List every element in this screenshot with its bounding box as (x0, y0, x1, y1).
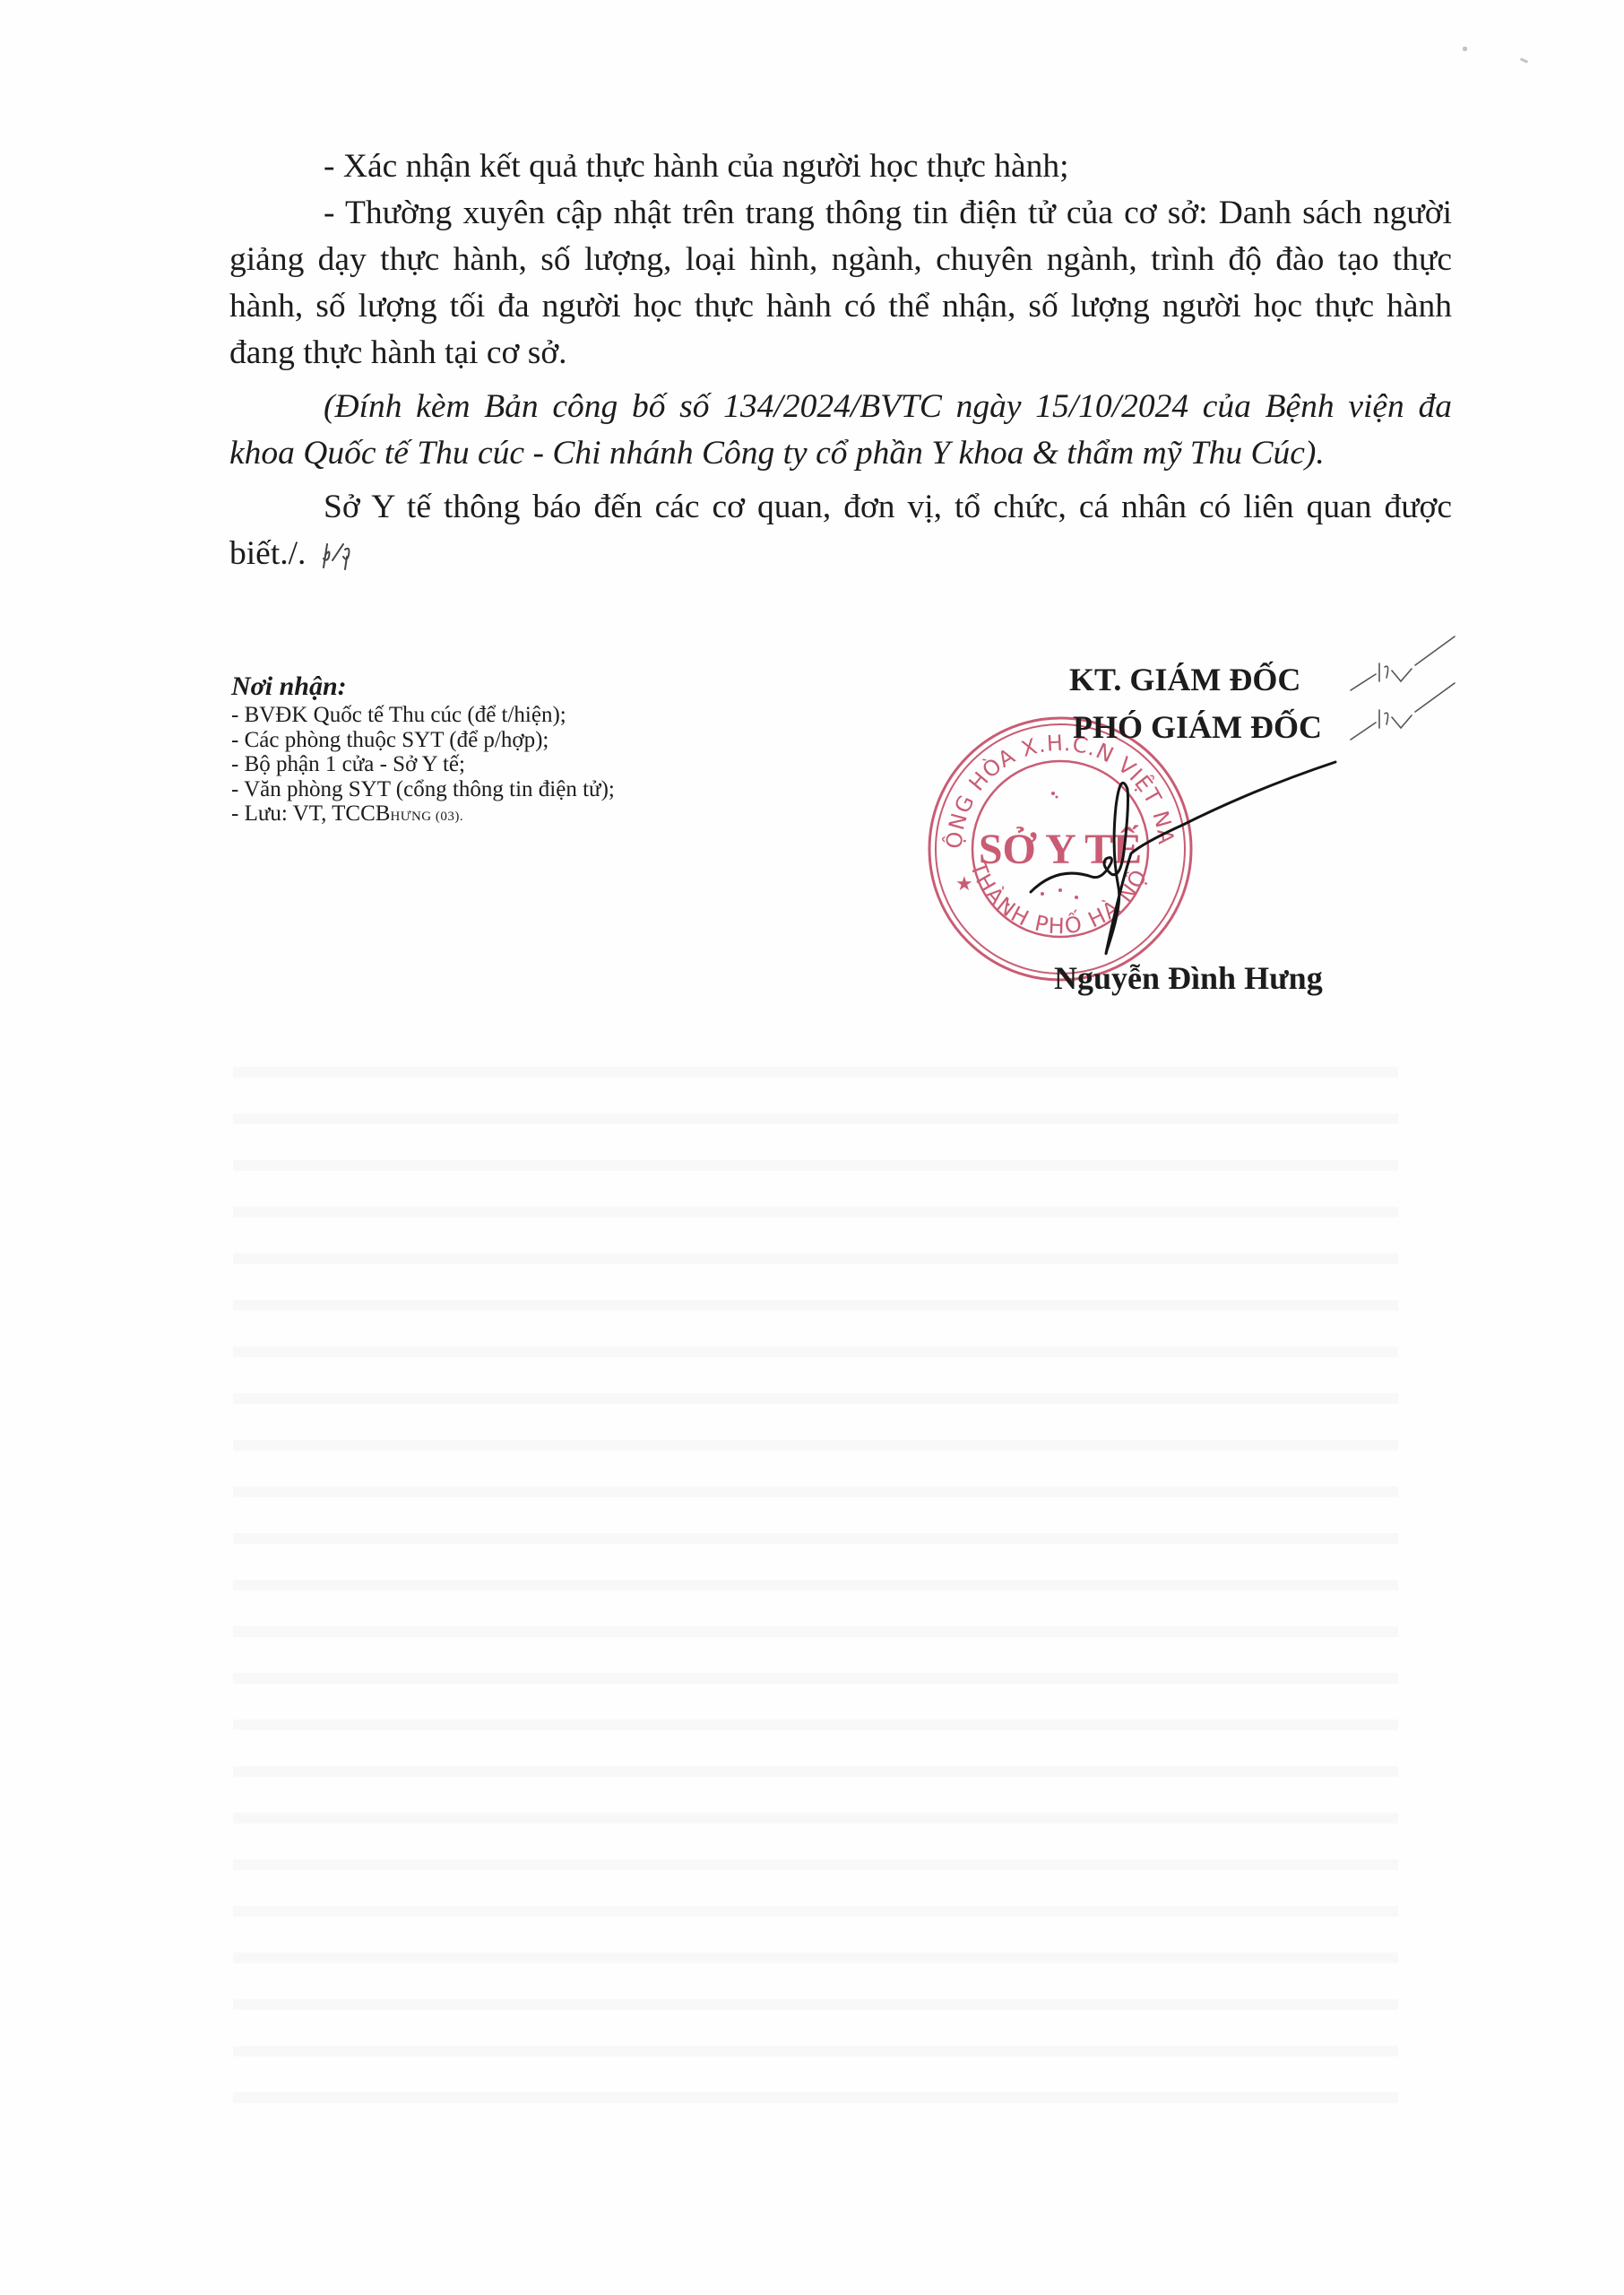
handwritten-initials-icon (318, 537, 354, 573)
recipient-item: - Các phòng thuộc SYT (để p/hợp); (231, 728, 859, 753)
archive-suffix: Hưng (03). (390, 810, 463, 824)
paragraph-attachment-note: (Đính kèm Bản công bố số 134/2024/BVTC n… (229, 384, 1452, 477)
svg-text:★: ★ (955, 873, 973, 896)
paragraph-notification: Sở Y tế thông báo đến các cơ quan, đơn v… (229, 484, 1452, 577)
recipients-block: Nơi nhận: - BVĐK Quốc tế Thu cúc (để t/h… (231, 671, 859, 830)
recipients-title: Nơi nhận: (231, 671, 859, 703)
signature-title-line1: KT. GIÁM ĐỐC (1069, 661, 1300, 698)
approval-initials-icon (1349, 628, 1456, 744)
scan-speck (1520, 57, 1528, 64)
notification-text: Sở Y tế thông báo đến các cơ quan, đơn v… (229, 489, 1452, 572)
bleed-through-texture (233, 1031, 1398, 2107)
recipient-item: - Bộ phận 1 cửa - Sở Y tế; (231, 752, 859, 777)
archive-prefix: - Lưu: VT, TCCB (231, 801, 390, 826)
recipients-list: - BVĐK Quốc tế Thu cúc (để t/hiện); - Cá… (231, 703, 859, 830)
handwritten-signature-icon (986, 753, 1362, 986)
paragraph-update-website: - Thường xuyên cập nhật trên trang thông… (229, 190, 1452, 377)
body-text: - Xác nhận kết quả thực hành của người h… (229, 143, 1452, 577)
recipient-item: - Văn phòng SYT (cổng thông tin điện tử)… (231, 777, 859, 802)
recipient-archive: - Lưu: VT, TCCBHưng (03). (231, 801, 859, 830)
signature-title-line2: PHÓ GIÁM ĐỐC (1073, 708, 1322, 746)
scan-speck (1463, 47, 1467, 51)
paragraph-confirm-results: - Xác nhận kết quả thực hành của người h… (229, 143, 1452, 190)
recipient-item: - BVĐK Quốc tế Thu cúc (để t/hiện); (231, 703, 859, 728)
document-page: - Xác nhận kết quả thực hành của người h… (0, 0, 1624, 2295)
